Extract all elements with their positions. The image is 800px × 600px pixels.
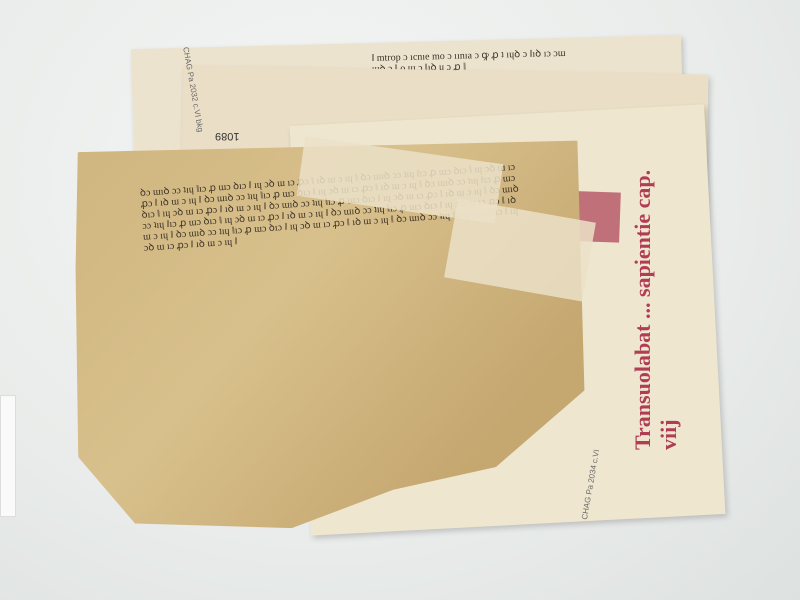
- left-edge-object: [0, 395, 16, 517]
- label-number: 1089: [215, 130, 239, 142]
- rubric-heading: Transuolabat ... sapientie cap. viij: [630, 150, 700, 450]
